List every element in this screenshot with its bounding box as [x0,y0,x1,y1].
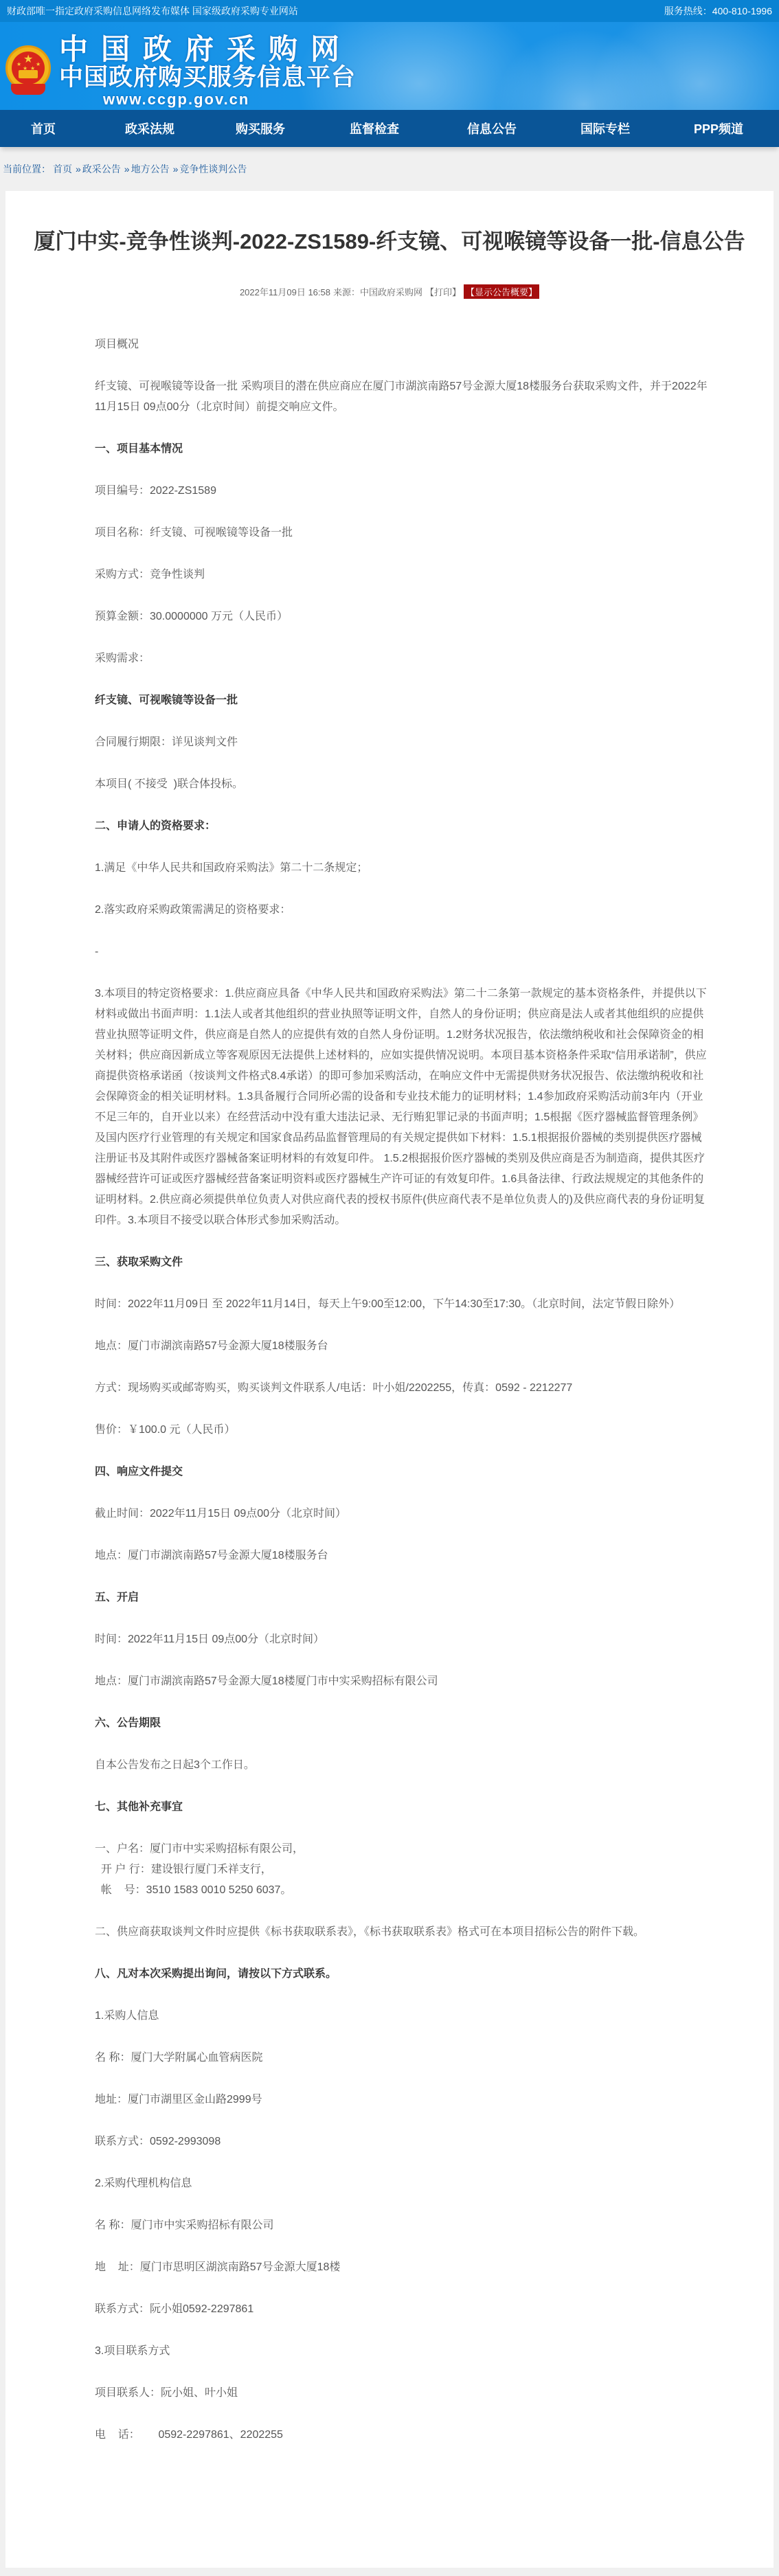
announcement-period: 自本公告发布之日起3个工作日。 [95,1755,692,1776]
page-title: 厦门中实-竞争性谈判-2022-ZS1589-纤支镜、可视喉镜等设备一批-信息公… [5,228,774,256]
purchaser-address: 地址：厦门市湖里区金山路2999号 [95,2090,692,2110]
section-heading: 二、申请人的资格要求： [95,816,692,837]
breadcrumb-separator: » [124,163,130,174]
obtain-time: 时间：2022年11月09日 至 2022年11月14日，每天上午9:00至12… [95,1294,710,1315]
site-banner: ★ ★ ★ ★ ★ 中国政府采购网 中国政府购买服务信息平台 www.ccgp.… [0,22,779,110]
breadcrumb-negotiation[interactable]: 竞争性谈判公告 [179,162,247,176]
breadcrumb-announcements[interactable]: 政采公告 [82,162,121,176]
section-heading: 四、响应文件提交 [95,1462,692,1482]
site-url: www.ccgp.gov.cn [59,91,356,109]
print-button[interactable]: 【打印】 [425,285,461,298]
site-subtitle: 中国政府购买服务信息平台 [59,65,356,91]
document-price: 售价：￥100.0 元（人民币） [95,1420,692,1440]
project-phone: 电 话： 0592-2297861、2202255 [95,2425,692,2445]
service-hotline: 服务热线：400-810-1996 [664,4,772,18]
article-meta: 2022年11月09日 16:58 来源：中国政府采购网 【打印】 【显示公告概… [5,284,774,299]
agency-address: 地 址：厦门市思明区湖滨南路57号金源大厦18楼 [95,2257,692,2278]
budget-amount: 预算金额：30.0000000 万元（人民币） [95,607,692,627]
nav-regulations[interactable]: 政采法规 [125,120,174,137]
opening-time: 时间：2022年11月15日 09点00分（北京时间） [95,1629,692,1650]
demand-label: 采购需求： [95,648,692,669]
section-heading: 一、项目基本情况 [95,439,692,460]
project-contact-label: 3.项目联系方式 [95,2341,692,2362]
account-name: 一、户名：厦门市中实采购招标有限公司， [95,1839,692,1860]
section-heading: 八、凡对本次采购提出询问，请按以下方式联系。 [95,1964,692,1985]
article-source: 来源：中国政府采购网 [333,285,422,298]
nav-purchase-services[interactable]: 购买服务 [236,120,285,137]
project-name: 项目名称：纤支镜、可视喉镜等设备一批 [95,523,692,543]
show-summary-button[interactable]: 【显示公告概要】 [464,284,539,299]
top-strip: 财政部唯一指定政府采购信息网络发布媒体 国家级政府采购专业网站 服务热线：400… [0,0,779,22]
account-number: 帐 号：3510 1583 0010 5250 6037。 [95,1880,692,1901]
bank-name: 开 户 行：建设银行厦门禾祥支行， [95,1860,692,1880]
project-contacts: 项目联系人：阮小姐、叶小姐 [95,2383,692,2404]
breadcrumb-separator: » [76,163,81,174]
project-number: 项目编号：2022-ZS1589 [95,481,692,501]
purchaser-name: 名 称：厦门大学附属心血管病医院 [95,2048,692,2068]
nav-supervision[interactable]: 监督检查 [350,120,399,137]
consortium-note: 本项目( 不接受 )联合体投标。 [95,774,692,795]
requirement-1: 1.满足《中华人民共和国政府采购法》第二十二条规定； [95,858,692,879]
site-logo[interactable]: ★ ★ ★ ★ ★ 中国政府采购网 中国政府购买服务信息平台 www.ccgp.… [5,34,356,109]
nav-announcements[interactable]: 信息公告 [467,120,517,137]
section-heading: 三、获取采购文件 [95,1252,692,1273]
overview-label: 项目概况 [95,335,692,355]
section-heading: 六、公告期限 [95,1713,692,1734]
site-name: 中国政府采购网 [59,34,356,65]
main-nav: 首页 政采法规 购买服务 监督检查 信息公告 国际专栏 PPP频道 [0,110,779,147]
demand-item: 纤支镜、可视喉镜等设备一批 [95,690,692,711]
breadcrumb: 当前位置： 首页 » 政采公告 » 地方公告 » 竞争性谈判公告 [0,147,779,191]
procurement-method: 采购方式：竞争性谈判 [95,565,692,585]
section-heading: 五、开启 [95,1588,692,1608]
agency-contact: 联系方式：阮小姐0592-2297861 [95,2299,692,2320]
requirement-3: 3.本项目的特定资格要求：1.供应商应具备《中华人民共和国政府采购法》第二十二条… [95,984,710,1231]
breadcrumb-local[interactable]: 地方公告 [131,162,170,176]
submission-deadline: 截止时间：2022年11月15日 09点00分（北京时间） [95,1504,692,1524]
nav-home[interactable]: 首页 [31,120,56,137]
nav-international[interactable]: 国际专栏 [580,120,630,137]
contract-period: 合同履行期限：详见谈判文件 [95,732,692,753]
requirement-2: 2.落实政府采购政策需满足的资格要求： [95,900,692,920]
publish-date: 2022年11月09日 16:58 [240,285,330,298]
breadcrumb-prefix: 当前位置： [3,162,51,176]
nav-ppp[interactable]: PPP频道 [694,120,743,137]
requirement-2-value: - [95,942,692,962]
opening-place: 地点：厦门市湖滨南路57号金源大厦18楼厦门市中实采购招标有限公司 [95,1671,692,1692]
obtain-method: 方式：现场购买或邮寄购买，购买谈判文件联系人/电话：叶小姐/2202255，传真… [95,1378,692,1399]
supplementary-note: 二、供应商获取谈判文件时应提供《标书获取联系表》，《标书获取联系表》格式可在本项… [95,1922,710,1943]
purchaser-label: 1.采购人信息 [95,2006,692,2026]
overview-text: 纤支镜、可视喉镜等设备一批 采购项目的潜在供应商应在厦门市湖滨南路57号金源大厦… [95,376,710,418]
purchaser-contact: 联系方式：0592-2993098 [95,2132,692,2152]
breadcrumb-separator: » [173,163,179,174]
national-emblem-icon: ★ ★ ★ ★ ★ [5,45,51,98]
article-body: 项目概况 纤支镜、可视喉镜等设备一批 采购项目的潜在供应商应在厦门市湖滨南路57… [5,299,692,2473]
submission-place: 地点：厦门市湖滨南路57号金源大厦18楼服务台 [95,1546,692,1566]
site-tagline: 财政部唯一指定政府采购信息网络发布媒体 国家级政府采购专业网站 [7,4,298,18]
breadcrumb-home[interactable]: 首页 [53,162,72,176]
section-heading: 七、其他补充事宜 [95,1797,692,1818]
agency-name: 名 称：厦门市中实采购招标有限公司 [95,2215,692,2236]
article-container: 厦门中实-竞争性谈判-2022-ZS1589-纤支镜、可视喉镜等设备一批-信息公… [5,191,774,2568]
obtain-place: 地点：厦门市湖滨南路57号金源大厦18楼服务台 [95,1336,692,1357]
agency-label: 2.采购代理机构信息 [95,2173,692,2194]
